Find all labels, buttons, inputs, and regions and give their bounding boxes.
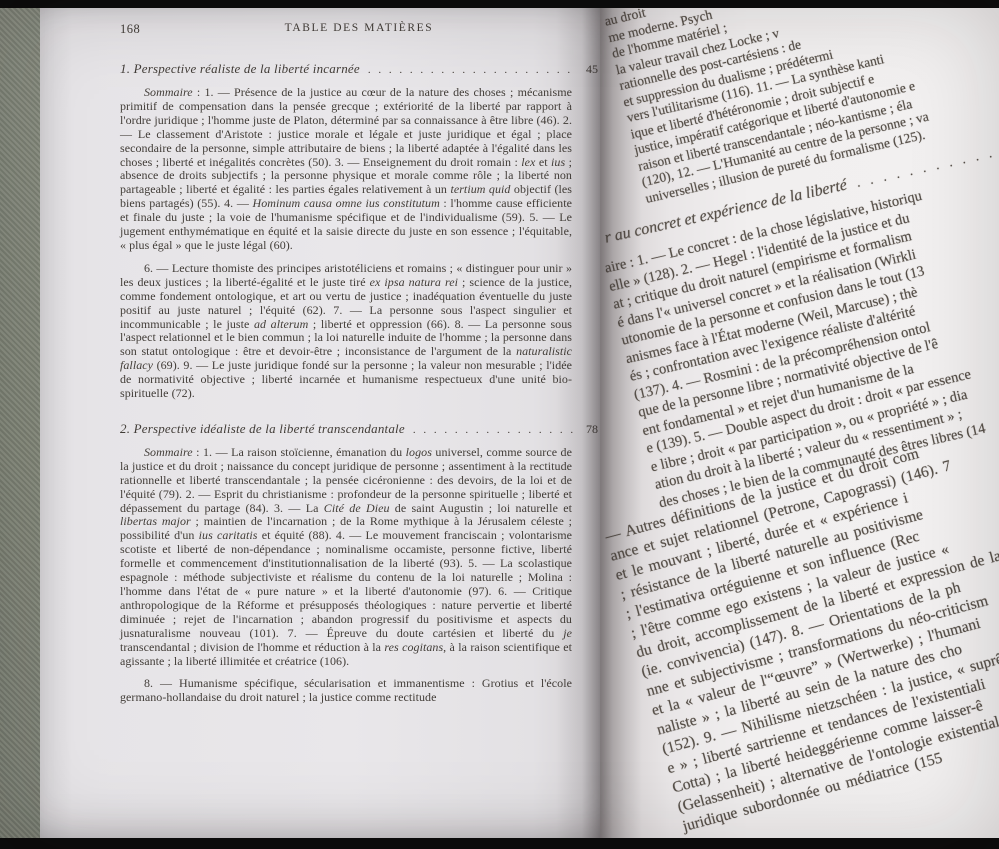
table-fabric [0, 8, 42, 838]
dot-leader [413, 424, 576, 436]
text-segment: de saint Augustin ; loi naturelle et [390, 501, 572, 515]
text-segment: logos [406, 445, 432, 459]
text-segment: ius caritatis [199, 528, 258, 542]
page-header: 168 TABLE DES MATIÈRES [120, 22, 598, 40]
text-segment: libertas major [120, 514, 191, 528]
toc-entry-page: 45 [586, 62, 598, 77]
text-segment: Sommaire [144, 445, 193, 459]
text-segment: Cité de Dieu [324, 501, 390, 515]
text-segment: tertium quid [450, 182, 510, 196]
summary-paragraph: 8. — Humanisme spécifique, sécularisatio… [120, 677, 572, 705]
toc-entry-1: 1. Perspective réaliste de la liberté in… [120, 61, 598, 77]
text-segment: Hominum causa omne ius constitutum [253, 196, 440, 210]
text-segment: (69). 9. — Le juste juridique fondé sur … [120, 358, 572, 400]
left-page: 168 TABLE DES MATIÈRES 1. Perspective ré… [40, 8, 600, 838]
toc-entry-page: 78 [586, 422, 598, 437]
text-segment: et équité (88). 4. — Le mouvement franci… [120, 528, 572, 639]
summary-paragraph: 6. — Lecture thomiste des principes aris… [120, 262, 572, 401]
text-segment: transcendantal ; division de l'homme et … [120, 640, 384, 654]
text-segment: res cogitans [384, 640, 443, 654]
text-segment: lex [521, 155, 535, 169]
summary-paragraph: Sommaire : 1. — La raison stoïcienne, ém… [120, 446, 572, 669]
text-segment: : 1. — La raison stoïcienne, émanation d… [193, 445, 406, 459]
text-segment: 8. — Humanisme spécifique, sécularisatio… [120, 676, 572, 704]
text-segment: et [535, 155, 551, 169]
summary-paragraph: Sommaire : 1. — Présence de la justice a… [120, 86, 572, 253]
text-segment: ius [551, 155, 565, 169]
text-segment: Sommaire [144, 85, 193, 99]
book-photo: 168 TABLE DES MATIÈRES 1. Perspective ré… [0, 0, 999, 849]
text-segment: je [563, 626, 572, 640]
left-page-text: 168 TABLE DES MATIÈRES 1. Perspective ré… [120, 22, 598, 705]
right-page: au droitme moderne. Psychde l'homme maté… [600, 8, 999, 838]
right-page-top-block: au droitme moderne. Psychde l'homme maté… [603, 8, 999, 207]
toc-entry-title: 2. Perspective idéaliste de la liberté t… [120, 421, 405, 437]
toc-entry-title: 1. Perspective réaliste de la liberté in… [120, 61, 360, 77]
text-segment: ad alterum [254, 317, 308, 331]
toc-entry-2: 2. Perspective idéaliste de la liberté t… [120, 421, 598, 437]
running-title: TABLE DES MATIÈRES [120, 22, 598, 34]
text-segment: ex ipsa natura rei [370, 275, 458, 289]
dot-leader [368, 64, 576, 76]
